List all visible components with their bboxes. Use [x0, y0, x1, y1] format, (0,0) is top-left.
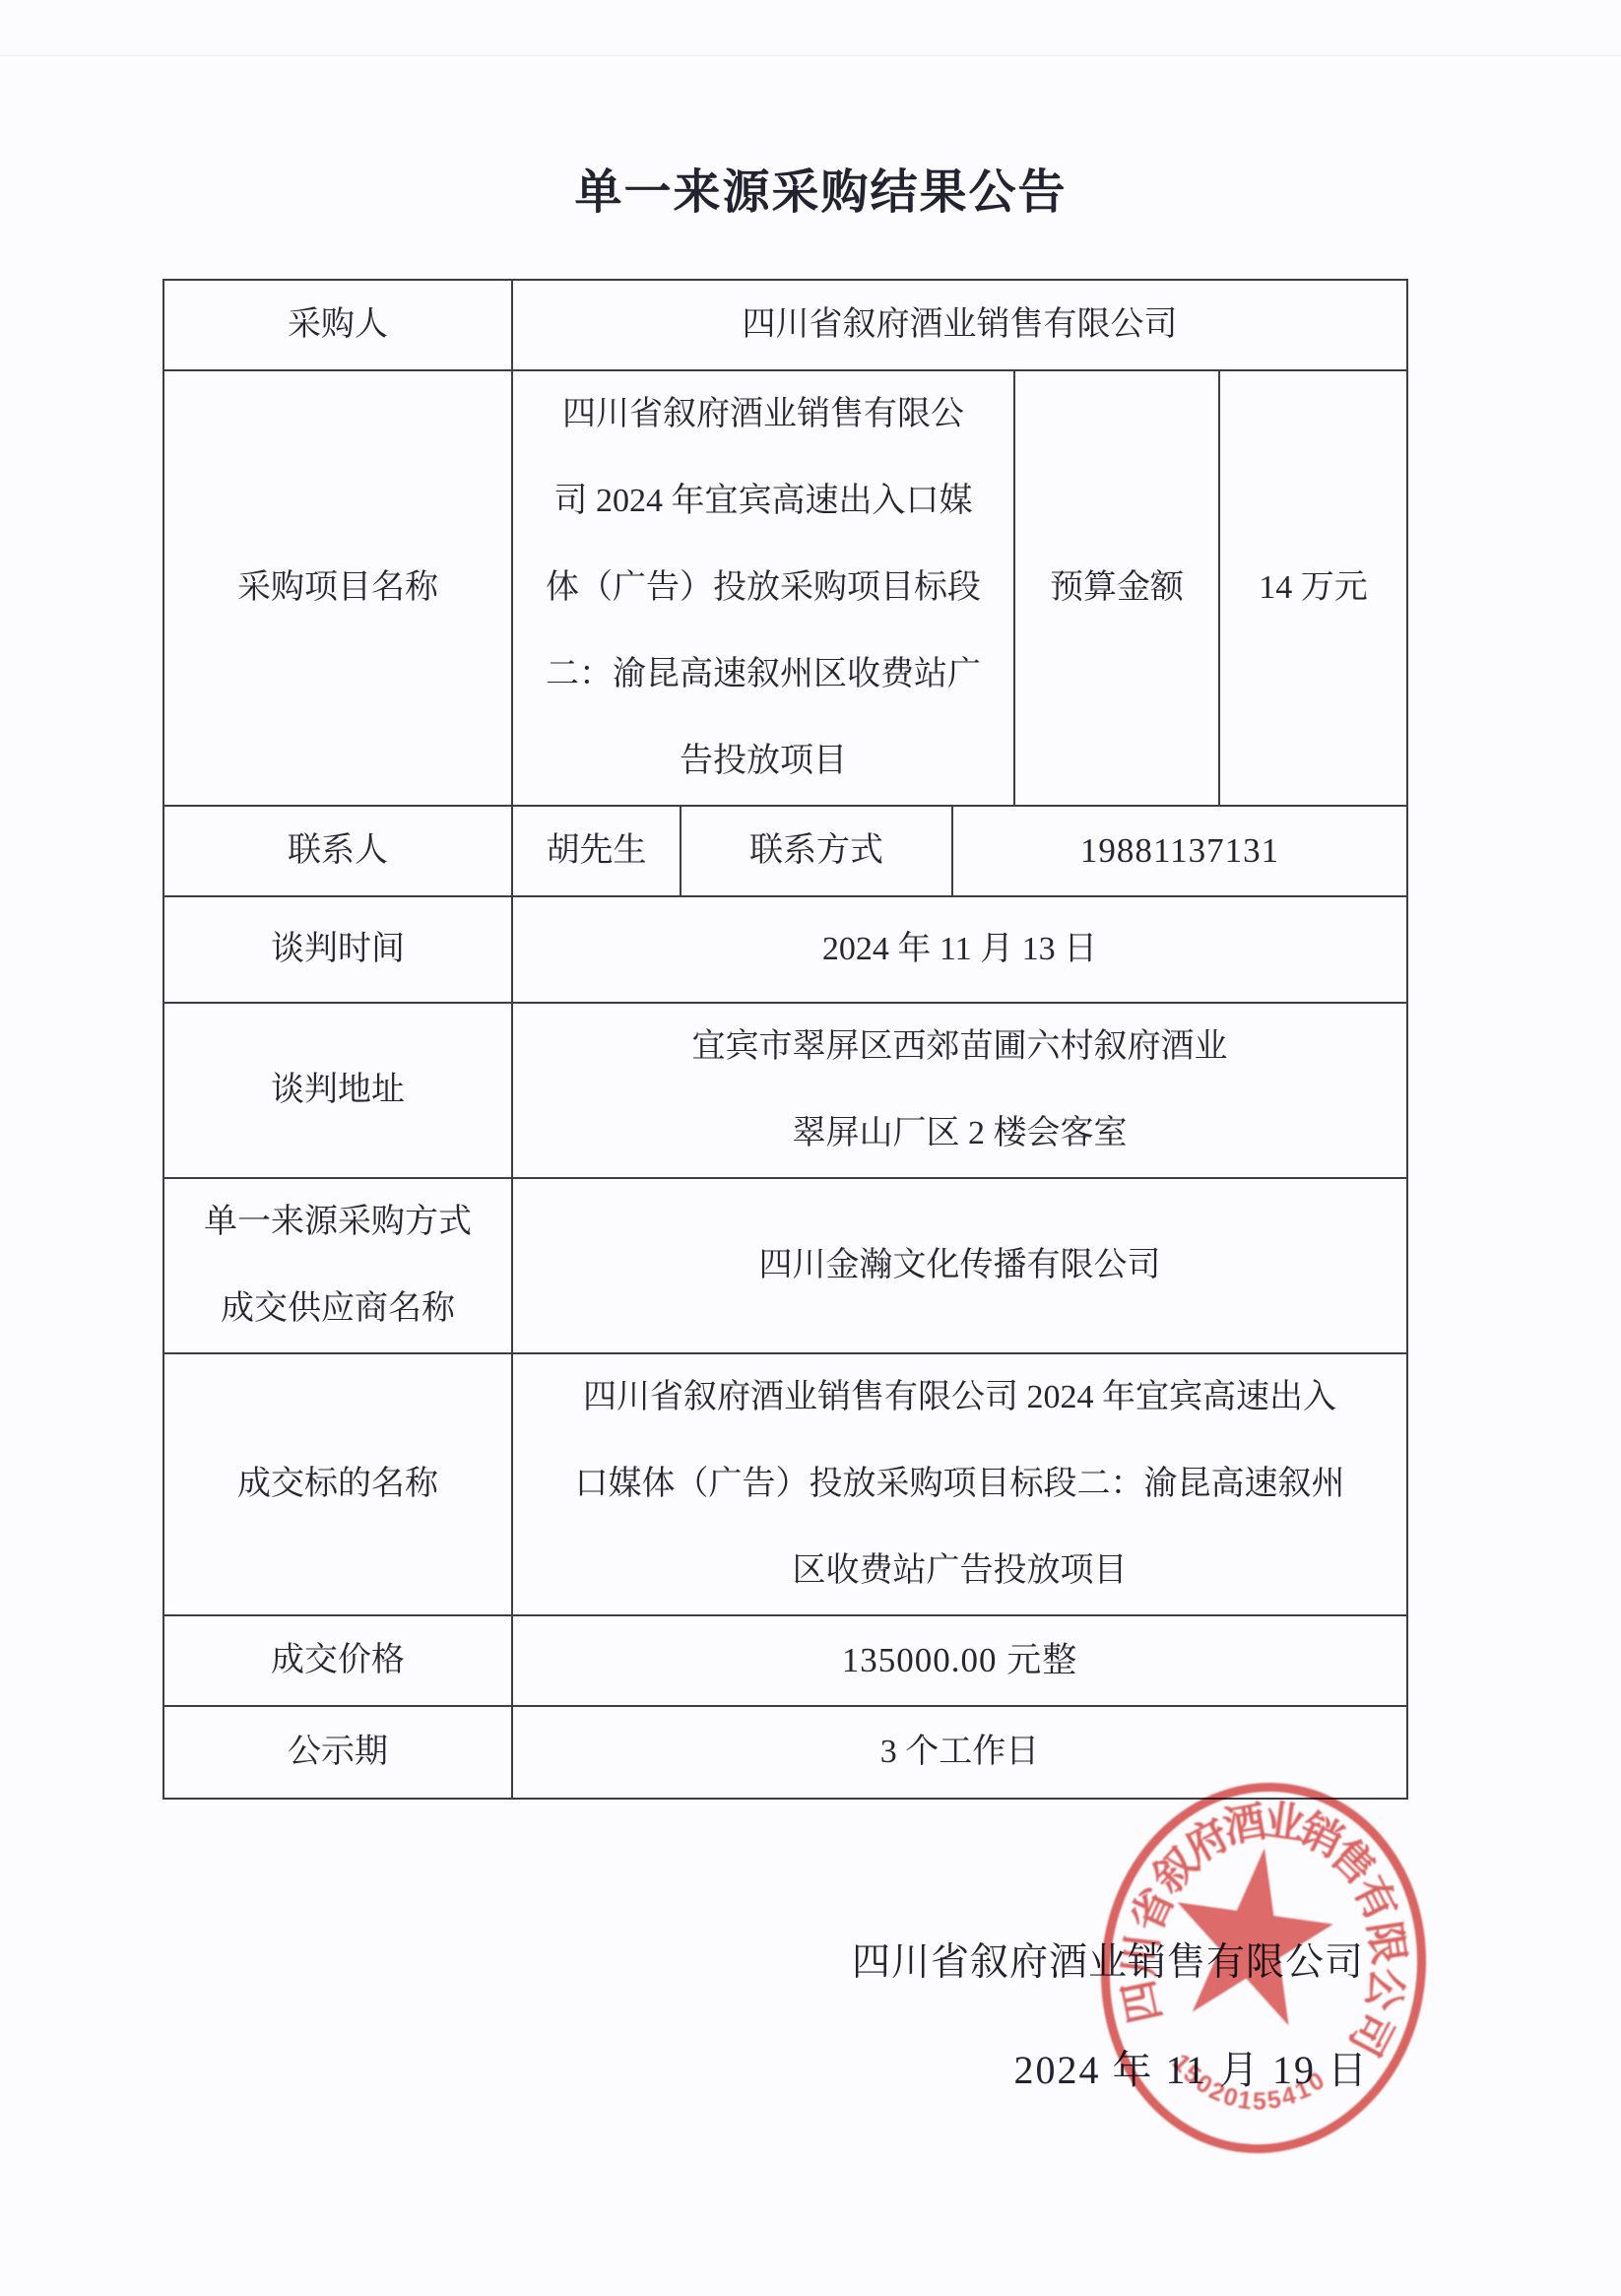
table-row-award-price: 成交价格 135000.00 元整: [164, 1614, 1406, 1705]
contact-person-value: 胡先生: [511, 807, 680, 895]
negotiation-time-label: 谈判时间: [164, 897, 511, 1002]
svg-text:有: 有: [1344, 1870, 1405, 1929]
purchaser-value: 四川省叙府酒业销售有限公司: [511, 281, 1406, 369]
negotiation-address-label: 谈判地址: [164, 1004, 511, 1177]
procurement-result-table: 采购人 四川省叙府酒业销售有限公司 采购项目名称 四川省叙府酒业销售有限公 司 …: [162, 279, 1408, 1800]
table-row-purchaser: 采购人 四川省叙府酒业销售有限公司: [164, 281, 1406, 369]
table-row-award-subject: 成交标的名称 四川省叙府酒业销售有限公司 2024 年宜宾高速出入 口媒体（广告…: [164, 1352, 1406, 1614]
table-row-supplier: 单一来源采购方式 成交供应商名称 四川金瀚文化传播有限公司: [164, 1177, 1406, 1352]
project-name-label: 采购项目名称: [164, 371, 511, 805]
publicity-period-value: 3 个工作日: [511, 1707, 1406, 1798]
publicity-period-label: 公示期: [164, 1707, 511, 1798]
signature-company-name: 四川省叙府酒业销售有限公司: [852, 1932, 1364, 1987]
seal-ring-text: 四川省叙府酒业销售有限公司: [1108, 1781, 1431, 2066]
supplier-label: 单一来源采购方式 成交供应商名称: [164, 1179, 511, 1352]
award-price-value: 135000.00 元整: [511, 1616, 1406, 1705]
award-subject-value: 四川省叙府酒业销售有限公司 2024 年宜宾高速出入 口媒体（广告）投放采购项目…: [511, 1354, 1406, 1614]
svg-text:府: 府: [1178, 1810, 1238, 1872]
svg-text:业: 业: [1260, 1798, 1308, 1850]
page-title: 单一来源采购结果公告: [162, 154, 1408, 222]
budget-value: 14 万元: [1218, 371, 1406, 805]
scan-artifact-line: [0, 55, 1621, 56]
table-row-negotiation-time: 谈判时间 2024 年 11 月 13 日: [164, 895, 1406, 1002]
svg-text:销: 销: [1291, 1805, 1350, 1867]
negotiation-time-value: 2024 年 11 月 13 日: [511, 897, 1406, 1002]
contact-method-label: 联系方式: [680, 807, 951, 895]
supplier-value: 四川金瀚文化传播有限公司: [511, 1179, 1406, 1352]
award-price-label: 成交价格: [164, 1616, 511, 1705]
contact-phone-value: 19881137131: [951, 807, 1406, 895]
svg-text:售: 售: [1321, 1830, 1384, 1893]
table-row-publicity-period: 公示期 3 个工作日: [164, 1705, 1406, 1798]
purchaser-label: 采购人: [164, 281, 511, 369]
contact-person-label: 联系人: [164, 807, 511, 895]
signature-date: 2024 年 11 月 19 日: [1013, 2039, 1369, 2095]
table-row-project-name: 采购项目名称 四川省叙府酒业销售有限公 司 2024 年宜宾高速出入口媒 体（广…: [164, 369, 1406, 805]
svg-text:省: 省: [1123, 1881, 1184, 1939]
negotiation-address-value: 宜宾市翠屏区西郊苗圃六村叙府酒业 翠屏山厂区 2 楼会客室: [511, 1004, 1406, 1177]
svg-text:叙: 叙: [1144, 1839, 1207, 1902]
svg-text:公: 公: [1357, 1964, 1410, 2013]
svg-text:酒: 酒: [1219, 1798, 1269, 1852]
award-subject-label: 成交标的名称: [164, 1354, 511, 1614]
budget-label: 预算金额: [1013, 371, 1218, 805]
table-row-negotiation-address: 谈判地址 宜宾市翠屏区西郊苗圃六村叙府酒业 翠屏山厂区 2 楼会客室: [164, 1002, 1406, 1177]
table-row-contact: 联系人 胡先生 联系方式 19881137131: [164, 805, 1406, 895]
svg-text:限: 限: [1359, 1919, 1411, 1968]
project-name-value: 四川省叙府酒业销售有限公 司 2024 年宜宾高速出入口媒 体（广告）投放采购项…: [511, 371, 1013, 805]
